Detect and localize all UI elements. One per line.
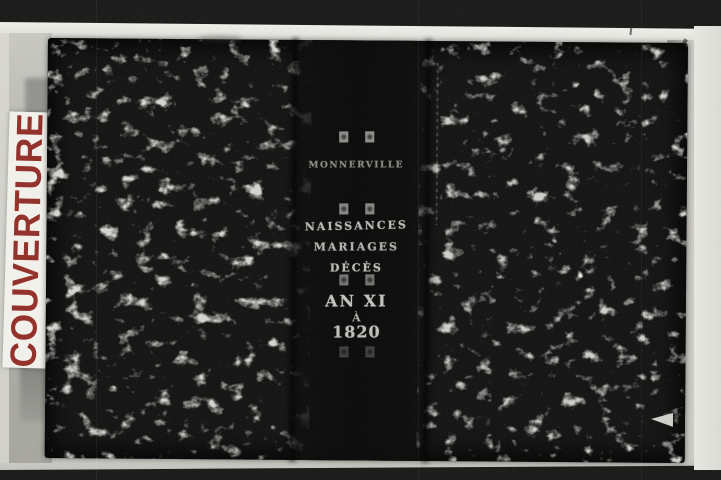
scan-smudge	[198, 35, 242, 42]
scanner-streak	[96, 0, 97, 480]
scanner-streak	[641, 0, 642, 480]
book-cover: MONNERVILLE NAISSANCES MARIAGES DÉCÈS AN…	[45, 38, 688, 463]
scan-speck	[600, 457, 603, 460]
spine-ornament-stamp-icon	[339, 274, 348, 285]
scanned-register-cover: COUVERTURE	[0, 0, 721, 480]
spine-register-deces: DÉCÈS	[294, 261, 418, 274]
ornament-row	[294, 203, 418, 214]
spine-register-naissances: NAISSANCES	[294, 218, 418, 234]
scan-speck	[148, 40, 151, 42]
spine-year-to: 1820	[294, 322, 418, 341]
ornament-row	[294, 346, 418, 357]
scanner-streak	[418, 0, 419, 480]
ornament-row	[294, 274, 418, 285]
spine-commune-name: MONNERVILLE	[294, 160, 418, 170]
spine-ornament-stamp-icon	[339, 131, 348, 142]
spine-ornament-stamp-icon	[365, 131, 374, 142]
paper-strip-right	[694, 26, 721, 470]
spine-year-from: AN XI	[294, 291, 418, 310]
spine-ornament-stamp-icon	[365, 346, 374, 357]
spine-ornament-stamp-icon	[365, 203, 374, 214]
spine-ornament-stamp-icon	[339, 203, 348, 214]
ornament-row	[294, 131, 418, 142]
spine-ornament-stamp-icon	[365, 274, 374, 285]
spine-ornament-stamp-icon	[339, 346, 348, 357]
spine-register-mariages: MARIAGES	[294, 240, 418, 253]
spine-title-block: MONNERVILLE NAISSANCES MARIAGES DÉCÈS AN…	[294, 40, 418, 460]
